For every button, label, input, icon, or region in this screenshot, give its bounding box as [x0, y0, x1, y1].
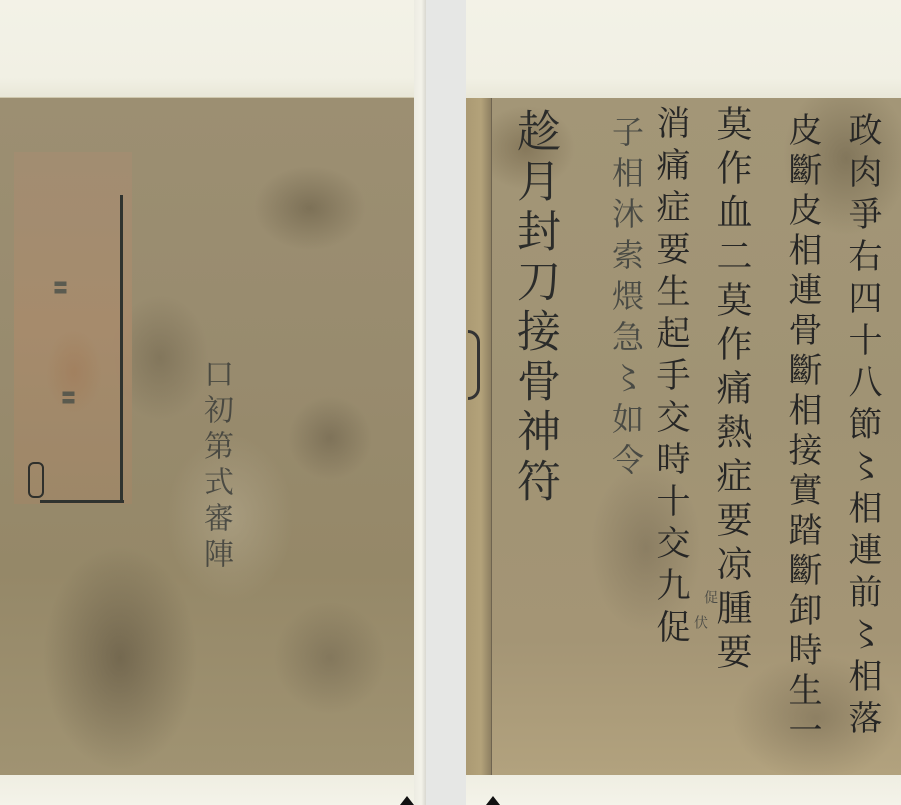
text-column-2: 皮斷皮相連骨斷相接實踏斷卸時生一 — [785, 112, 819, 752]
title-slip-fragment: 〓 — [50, 280, 71, 295]
manuscript-spread: 〓 〓 口初第式審陣 政肉爭右四十八節〻相連前〻相落 皮斷皮相連骨斷相接實踏斷卸… — [0, 0, 901, 805]
title-slip-frame-horizontal — [40, 500, 124, 503]
title-slip-fragment: 〓 — [58, 390, 79, 405]
partial-character-edge — [468, 330, 480, 400]
fold-edge — [414, 0, 426, 805]
margin-note: 促 — [700, 590, 720, 604]
margin-note: 伏 — [690, 615, 710, 629]
left-leaf-cover: 〓 〓 口初第式審陣 — [0, 0, 414, 805]
text-column-4: 消痛症要生起手交時十交九促 — [653, 105, 687, 651]
text-column-6-heading: 趁月封刀接骨神符 — [512, 108, 556, 508]
cover-label-text: 口初第式審陣 — [200, 358, 230, 574]
text-column-1: 政肉爭右四十八節〻相連前〻相落 — [845, 112, 879, 742]
book-gutter — [414, 0, 466, 805]
mount-paper-bottom — [0, 775, 414, 805]
title-slip — [14, 152, 132, 504]
mount-paper-top — [0, 0, 414, 98]
mount-paper-top — [466, 0, 901, 98]
page-corner-marker — [400, 796, 414, 805]
title-slip-frame-vertical — [120, 195, 123, 503]
page-corner-marker — [486, 796, 500, 805]
mount-paper-bottom — [466, 775, 901, 805]
text-column-5: 子相沐索煨急〻如令 — [610, 115, 642, 484]
binding-strip — [466, 98, 492, 775]
seal-mark — [28, 462, 44, 498]
